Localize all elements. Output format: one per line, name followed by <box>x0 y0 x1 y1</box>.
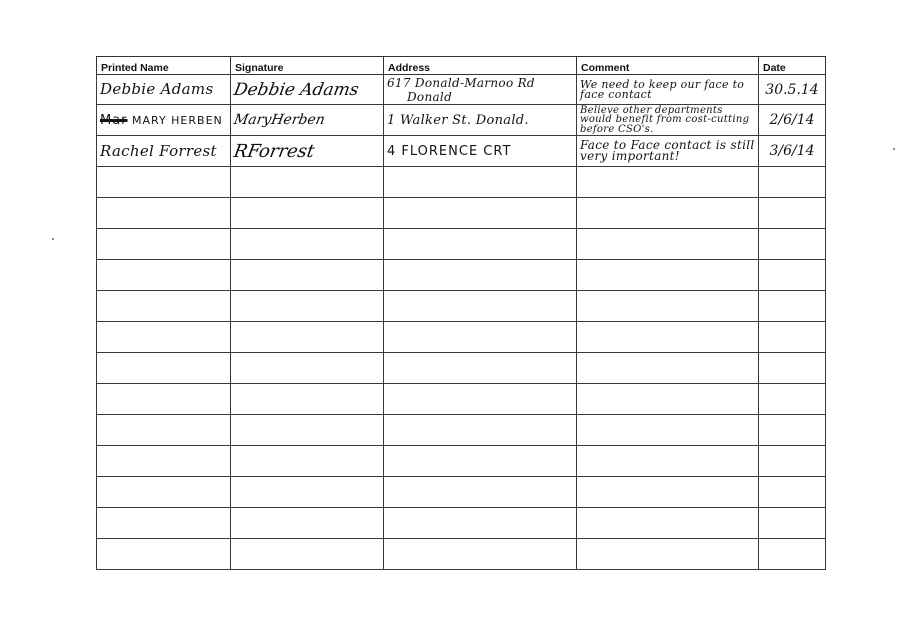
date-cell <box>759 198 826 229</box>
address-cell <box>384 229 577 260</box>
signature-cell <box>231 167 384 198</box>
comment: Face to Face contact is still very impor… <box>580 140 755 162</box>
column-header-address: Address <box>384 57 577 75</box>
empty-table-row <box>97 229 826 260</box>
signature: MaryHerben <box>233 112 327 128</box>
address: 1 Walker St. Donald. <box>387 113 529 128</box>
date-cell <box>759 229 826 260</box>
comment-cell: Believe other departments would benefit … <box>577 105 759 136</box>
signature: Debbie Adams <box>232 80 360 100</box>
comment-cell <box>577 198 759 229</box>
address-cell <box>384 446 577 477</box>
struck-out-text: Mar <box>100 113 128 128</box>
empty-table-row <box>97 539 826 570</box>
date-cell: 3/6/14 <box>759 136 826 167</box>
address: 4 FLORENCE CRT <box>387 144 511 159</box>
header-row: Printed Name Signature Address Comment D… <box>97 57 826 75</box>
signature-cell <box>231 353 384 384</box>
comment-cell <box>577 539 759 570</box>
scan-speck <box>52 238 54 240</box>
comment-cell: Face to Face contact is still very impor… <box>577 136 759 167</box>
address-cell <box>384 198 577 229</box>
printed-name-cell <box>97 508 231 539</box>
printed-name-cell <box>97 291 231 322</box>
empty-table-row <box>97 477 826 508</box>
comment-cell <box>577 322 759 353</box>
address-cell <box>384 539 577 570</box>
date-cell <box>759 477 826 508</box>
date: 30.5.14 <box>762 82 822 98</box>
printed-name-cell <box>97 353 231 384</box>
address-cell <box>384 260 577 291</box>
printed-name-cell: Mar MARY HERBEN <box>97 105 231 136</box>
petition-sheet: Printed Name Signature Address Comment D… <box>96 56 825 564</box>
comment: We need to keep our face to face contact <box>580 80 755 100</box>
empty-table-row <box>97 322 826 353</box>
empty-table-row <box>97 446 826 477</box>
date-cell <box>759 167 826 198</box>
date-cell <box>759 508 826 539</box>
date-cell <box>759 415 826 446</box>
date-cell <box>759 322 826 353</box>
printed-name-cell <box>97 260 231 291</box>
column-header-date: Date <box>759 57 826 75</box>
signature-cell <box>231 539 384 570</box>
comment-cell <box>577 353 759 384</box>
address-cell <box>384 477 577 508</box>
table-row: Mar MARY HERBEN MaryHerben 1 Walker St. … <box>97 105 826 136</box>
address-cell <box>384 508 577 539</box>
date-cell <box>759 539 826 570</box>
address-cell <box>384 353 577 384</box>
date: 2/6/14 <box>762 112 822 128</box>
address-cell <box>384 167 577 198</box>
printed-name-cell <box>97 477 231 508</box>
signature-cell <box>231 508 384 539</box>
column-header-printed-name: Printed Name <box>97 57 231 75</box>
signature-cell <box>231 291 384 322</box>
printed-name-cell <box>97 167 231 198</box>
signature-cell: MaryHerben <box>231 105 384 136</box>
signature-cell <box>231 322 384 353</box>
printed-name-cell <box>97 322 231 353</box>
signature-cell: RForrest <box>231 136 384 167</box>
signature-cell <box>231 446 384 477</box>
comment-cell <box>577 384 759 415</box>
printed-name-cell <box>97 539 231 570</box>
address-cell <box>384 384 577 415</box>
signature-cell <box>231 260 384 291</box>
address-cell: 1 Walker St. Donald. <box>384 105 577 136</box>
empty-table-row <box>97 353 826 384</box>
printed-name: Rachel Forrest <box>100 142 217 160</box>
date-cell <box>759 384 826 415</box>
scan-speck <box>893 148 895 150</box>
address-line-2: Donald <box>387 90 452 104</box>
comment-cell <box>577 229 759 260</box>
address-cell <box>384 415 577 446</box>
date-cell <box>759 291 826 322</box>
printed-name-cell: Rachel Forrest <box>97 136 231 167</box>
date-cell: 2/6/14 <box>759 105 826 136</box>
signature-table: Printed Name Signature Address Comment D… <box>96 56 826 570</box>
column-header-signature: Signature <box>231 57 384 75</box>
empty-table-row <box>97 198 826 229</box>
empty-table-row <box>97 508 826 539</box>
comment-cell <box>577 291 759 322</box>
printed-name-cell <box>97 229 231 260</box>
signature-cell <box>231 198 384 229</box>
date-cell <box>759 353 826 384</box>
date-cell <box>759 260 826 291</box>
comment-cell <box>577 260 759 291</box>
signature-cell <box>231 415 384 446</box>
printed-name-cell <box>97 415 231 446</box>
signature-cell <box>231 477 384 508</box>
address-cell <box>384 291 577 322</box>
empty-table-row <box>97 415 826 446</box>
printed-name-cell <box>97 198 231 229</box>
printed-name: MARY HERBEN <box>132 114 223 127</box>
comment-cell <box>577 415 759 446</box>
address-line-1: 617 Donald-Marnoo Rd <box>387 76 535 90</box>
date-cell: 30.5.14 <box>759 75 826 105</box>
comment-cell <box>577 508 759 539</box>
signature: RForrest <box>232 141 316 162</box>
address-cell: 617 Donald-Marnoo Rd Donald <box>384 75 577 105</box>
table-row: Debbie Adams Debbie Adams 617 Donald-Mar… <box>97 75 826 105</box>
date-cell <box>759 446 826 477</box>
empty-table-row <box>97 167 826 198</box>
date: 3/6/14 <box>762 143 822 159</box>
comment-cell <box>577 446 759 477</box>
empty-table-row <box>97 384 826 415</box>
comment-cell <box>577 477 759 508</box>
comment-cell <box>577 167 759 198</box>
address-cell <box>384 322 577 353</box>
printed-name-cell: Debbie Adams <box>97 75 231 105</box>
empty-table-row <box>97 260 826 291</box>
empty-table-row <box>97 291 826 322</box>
table-row: Rachel Forrest RForrest 4 FLORENCE CRT F… <box>97 136 826 167</box>
printed-name: Debbie Adams <box>100 80 213 98</box>
comment-cell: We need to keep our face to face contact <box>577 75 759 105</box>
address-cell: 4 FLORENCE CRT <box>384 136 577 167</box>
printed-name-cell <box>97 384 231 415</box>
address: 617 Donald-Marnoo Rd Donald <box>387 76 573 104</box>
signature-cell <box>231 229 384 260</box>
signature-cell <box>231 384 384 415</box>
column-header-comment: Comment <box>577 57 759 75</box>
comment: Believe other departments would benefit … <box>580 106 755 135</box>
signature-cell: Debbie Adams <box>231 75 384 105</box>
printed-name-cell <box>97 446 231 477</box>
